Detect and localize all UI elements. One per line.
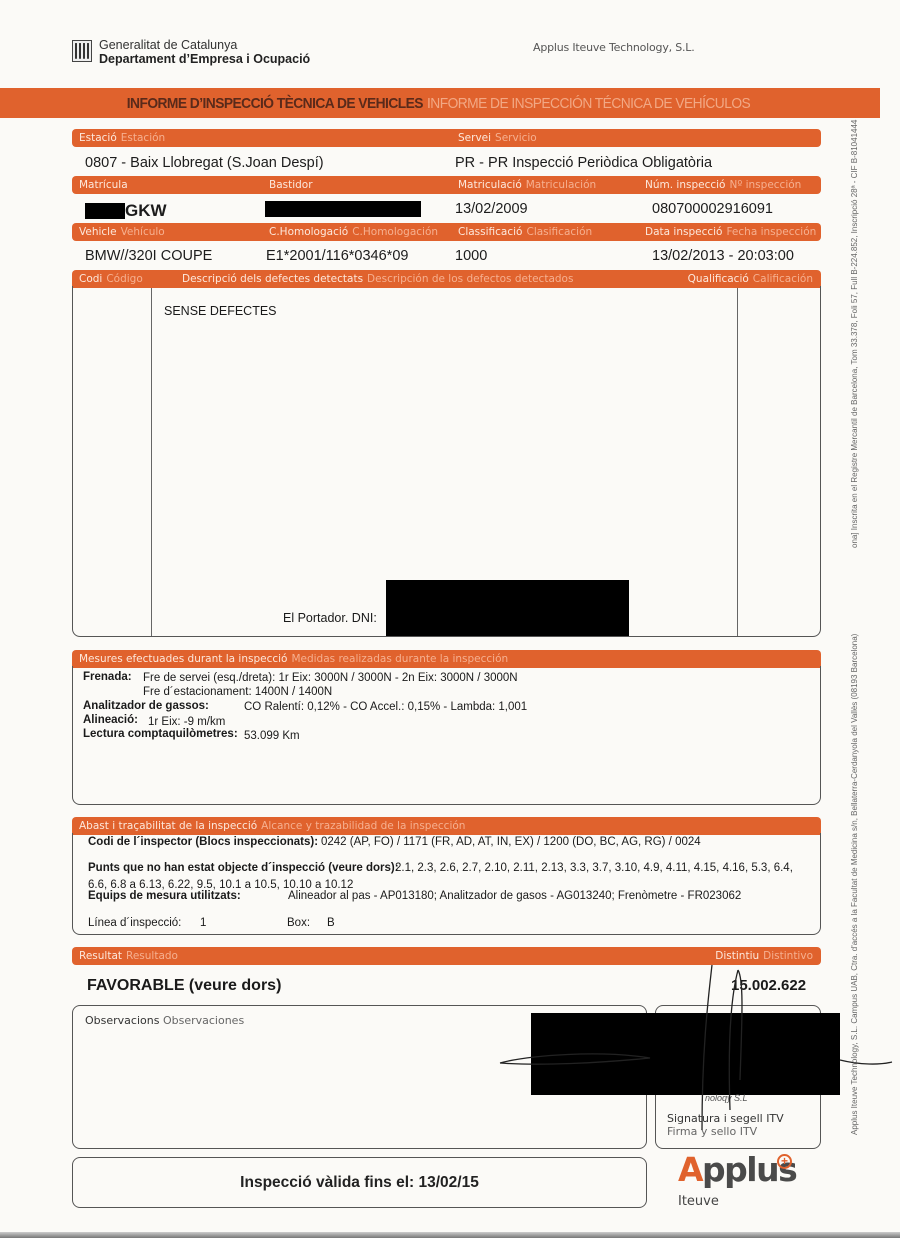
label-vehicle: Vehicle [79, 226, 117, 238]
alineacio-value: 1r Eix: -9 m/km [148, 716, 225, 728]
plus-circle-icon: + [777, 1154, 792, 1169]
label-classificacio: Classificació [458, 226, 522, 238]
logo-letter-a: A [678, 1150, 702, 1189]
linea-label: Línea d´inspecció: [88, 917, 181, 929]
logo-subtitle: Iteuve [678, 1194, 719, 1209]
station-value: 0807 - Baix Llobregat (S.Joan Despí) [85, 155, 324, 171]
government-name: Generalitat de Catalunya [99, 38, 237, 52]
label-clasificacion: Clasificación [526, 226, 592, 238]
label-homologacion: C.Homologación [352, 226, 438, 238]
page-edge [0, 1232, 900, 1238]
box-value: B [327, 917, 335, 929]
plate-value: GKW [125, 201, 167, 221]
side-legal-text-lower: Applus Iteuve Technology, S.L. Campus UA… [850, 634, 859, 1135]
label-bar-vehicle: VehicleVehículo C.HomologacióC.Homologac… [72, 223, 821, 241]
label-bastidor: Bastidor [269, 179, 313, 191]
document-title-band: INFORME D’INSPECCIÓ TÈCNICA DE VEHICLES … [0, 88, 880, 118]
label-resultado: Resultado [126, 950, 178, 962]
homologation-value: E1*2001/116*0346*09 [266, 248, 408, 264]
punts-label: Punts que no han estat objecte d´inspecc… [88, 862, 399, 874]
label-calificacion: Calificación [753, 273, 813, 285]
defects-column-divider [151, 288, 152, 636]
km-value: 53.099 Km [244, 730, 300, 742]
label-alcance: Alcance y trazabilidad de la inspección [261, 820, 465, 832]
label-estacio: Estació [79, 132, 117, 144]
label-abast: Abast i traçabilitat de la inspecció [79, 820, 257, 832]
department-name: Departament d’Empresa i Ocupació [99, 52, 310, 66]
label-medidas: Medidas realizadas durante la inspección [291, 653, 508, 665]
label-num-inspeccio: Núm. inspecció [645, 179, 725, 191]
label-servei: Servei [458, 132, 491, 144]
classification-value: 1000 [455, 248, 487, 264]
equips-value: Alineador al pas - AP013180; Analitzador… [288, 890, 741, 902]
label-codi: Codi [79, 273, 102, 285]
title-spanish: INFORME DE INSPECCIÓN TÉCNICA DE VEHÍCUL… [427, 95, 750, 112]
label-descripcio: Descripció dels defectes detectats [182, 273, 363, 285]
inspector-label: Codi de l´inspector (Blocs inspeccionats… [88, 836, 318, 848]
label-codigo: Código [106, 273, 142, 285]
equips-label: Equips de mesura utilitzats: [88, 890, 241, 902]
punts-value-line1: 2.1, 2.3, 2.6, 2.7, 2.10, 2.11, 2.13, 3.… [395, 862, 793, 874]
label-homologacio: C.Homologació [269, 226, 348, 238]
linea-value: 1 [200, 917, 206, 929]
generalitat-logo-icon [72, 40, 92, 62]
redacted-plate-prefix [85, 203, 125, 219]
label-fecha-inspeccion: Fecha inspección [726, 226, 816, 238]
label-estacion: Estación [121, 132, 165, 144]
validity-box: Inspecció vàlida fins el: 13/02/15 [72, 1157, 647, 1208]
label-data-inspeccio: Data inspecció [645, 226, 722, 238]
company-name: Applus Iteuve Technology, S.L. [533, 41, 695, 54]
side-legal-text-upper: ona] Inscrita en el Registre Mercantil d… [850, 120, 859, 548]
redacted-vin [265, 201, 421, 217]
inspection-number-value: 080700002916091 [652, 201, 773, 217]
label-qualificacio: Qualificació [688, 273, 749, 285]
label-vehiculo: Vehículo [121, 226, 165, 238]
label-descripcion: Descripción de los defectos detectados [367, 273, 573, 285]
observations-label: Observacions Observaciones [85, 1014, 244, 1027]
frenada-servei-value: Fre de servei (esq./dreta): 1r Eix: 3000… [143, 672, 518, 684]
validity-text: Inspecció vàlida fins el: 13/02/15 [240, 1174, 479, 1192]
redacted-dni [386, 580, 629, 636]
label-observacions: Observacions [85, 1014, 159, 1027]
defects-description: SENSE DEFECTES [164, 304, 277, 318]
vehicle-value: BMW//320I COUPE [85, 248, 212, 264]
label-matriculacio: Matriculació [458, 179, 522, 191]
label-bar-registration: Matrícula Bastidor MatriculacióMatricula… [72, 176, 821, 194]
label-matriculacion: Matriculación [526, 179, 596, 191]
frenada-label: Frenada: [83, 671, 132, 683]
gasos-value: CO Ralentí: 0,12% - CO Accel.: 0,15% - L… [244, 701, 527, 713]
label-num-inspeccion: Nº inspección [729, 179, 801, 191]
portador-label: El Portador. DNI: [283, 611, 377, 625]
defects-column-divider [737, 288, 738, 636]
inspection-date-value: 13/02/2013 - 20:03:00 [652, 248, 794, 264]
label-resultat: Resultat [79, 950, 122, 962]
service-value: PR - PR Inspecció Periòdica Obligatòria [455, 155, 712, 171]
registration-date-value: 13/02/2009 [455, 201, 528, 217]
frenada-estacionament-value: Fre d´estacionament: 1400N / 1400N [143, 686, 332, 698]
title-catalan: INFORME D’INSPECCIÓ TÈCNICA DE VEHICLES [127, 95, 423, 112]
label-servicio: Servicio [495, 132, 537, 144]
label-observaciones: Observaciones [163, 1014, 244, 1027]
km-label: Lectura comptaquilòmetres: [83, 728, 238, 740]
handwritten-signature [480, 960, 900, 1150]
label-mesures: Mesures efectuades durant la inspecció [79, 653, 287, 665]
result-value: FAVORABLE (veure dors) [87, 977, 281, 995]
gasos-label: Analitzador de gassos: [83, 700, 209, 712]
inspector-value: 0242 (AP, FO) / 1171 (FR, AD, AT, IN, EX… [321, 836, 701, 848]
label-matricula: Matrícula [79, 179, 128, 191]
box-label: Box: [287, 917, 310, 929]
label-bar-station: EstacióEstación ServeiServicio [72, 129, 821, 147]
alineacio-label: Alineació: [83, 714, 138, 726]
